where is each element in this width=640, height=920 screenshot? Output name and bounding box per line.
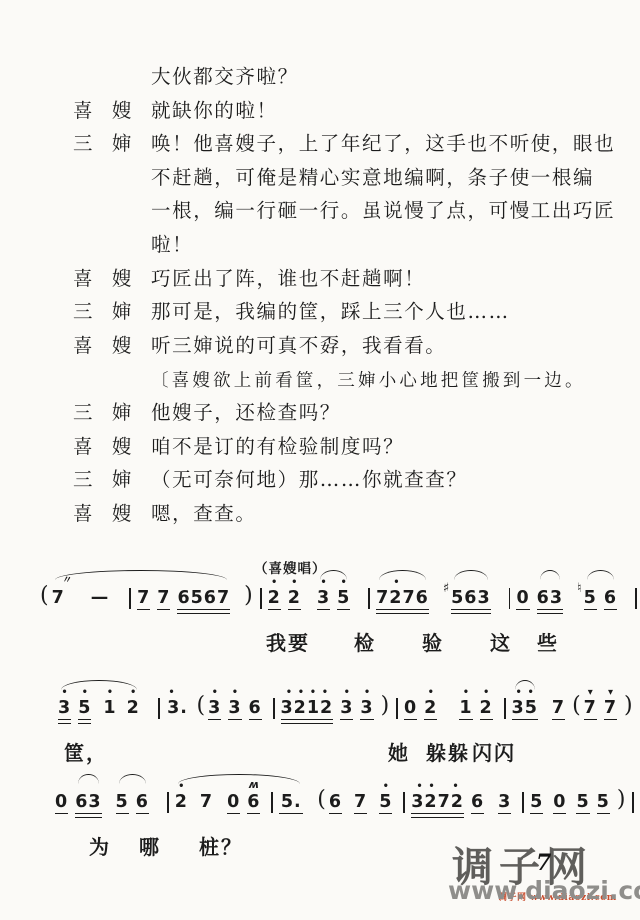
beam-underline — [459, 719, 472, 722]
beam-underline — [376, 613, 429, 616]
beam-underline — [247, 813, 260, 816]
slur-group: 563 — [451, 578, 498, 616]
accidental: ♯ — [443, 582, 449, 596]
dialogue-text: 咱不是订的有检验制度吗？ — [151, 432, 598, 462]
dialogue-text: 唤！他喜嫂子，上了年纪了，这手也不听使，眼也 — [151, 129, 615, 159]
dialogue-text: 听三婶说的可真不孬，我看看。 — [151, 331, 598, 361]
barline — [635, 588, 637, 609]
jianpu-note: •3 — [208, 688, 221, 722]
octave-dot-row — [531, 782, 543, 792]
ornament-mark: 〃 — [61, 575, 74, 587]
beam-underline — [137, 609, 150, 612]
barline — [167, 792, 169, 813]
octave-dot-row: •••• — [283, 688, 331, 698]
beam-underline — [404, 719, 417, 722]
beam-underline — [317, 609, 330, 612]
jianpu-note: 5 — [576, 782, 589, 816]
jianpu-note: •2 — [288, 578, 301, 612]
speaker-name: 喜嫂 — [73, 499, 151, 529]
barline — [273, 698, 275, 719]
slur-group: 5 6 — [584, 578, 624, 612]
barline — [504, 698, 506, 719]
dialogue-text: 他嫂子，还检查吗？ — [151, 398, 598, 428]
jianpu-note: 7 — [137, 578, 150, 616]
speaker-name: 三婶 — [73, 398, 151, 428]
lyric-syllable: 检 — [354, 627, 376, 656]
speaker-name: 喜嫂 — [73, 96, 151, 126]
dialogue-row: 三婶那可是，我编的筐，踩上三个人也…… — [73, 297, 598, 331]
beam-underline — [288, 609, 301, 612]
dialogue-text: 啦！ — [151, 230, 598, 260]
jianpu-note: •2 — [480, 688, 493, 722]
jianpu-note: •5 — [78, 688, 91, 726]
jianpu-note: 7 — [157, 578, 170, 616]
octave-dot-row — [584, 578, 596, 588]
beam-underline — [58, 719, 71, 722]
octave-dot-row: • — [378, 578, 426, 588]
dialogue-section: 大伙都交齐啦？喜嫂就缺你的啦！三婶唤！他喜嫂子，上了年纪了，这手也不听使，眼也不… — [73, 62, 598, 532]
beam-underline — [553, 813, 566, 816]
octave-dot-row: • — [425, 688, 437, 698]
jianpu-note: 6 — [136, 782, 149, 816]
jianpu-note: 0 — [55, 782, 68, 816]
octave-dot-row — [552, 688, 564, 698]
octave-dot-row: • — [79, 688, 91, 698]
octave-dot-row — [577, 782, 589, 792]
jianpu-note: • 3. — [166, 688, 190, 718]
grace-paren: ) — [244, 585, 253, 607]
jianpu-note: 6 — [249, 688, 262, 722]
watermark-site-url: www.diaozi.com — [448, 876, 640, 905]
octave-dot-row — [201, 782, 213, 792]
dialogue-row: 三婶（无可奈何地）那……你就查查？ — [73, 465, 598, 499]
dialogue-row: 三婶唤！他喜嫂子，上了年纪了，这手也不听使，眼也 — [73, 129, 598, 163]
beam-underline — [376, 609, 429, 612]
beam-underline — [157, 609, 170, 612]
barline — [368, 588, 370, 609]
jianpu-note: 6 — [329, 782, 342, 816]
jianpu-note: 6567 — [177, 578, 230, 616]
dialogue-text: 嗯，查查。 — [151, 499, 598, 529]
music-line: （喜嫂唱） (〃7 — 7 7 6567)•2•2•3•5 • 7276♯ 56… — [40, 578, 605, 664]
dialogue-text: （无可奈何地）那……你就查查？ — [151, 465, 598, 495]
beam-underline — [354, 813, 367, 816]
slur-group: • 7276 — [376, 578, 436, 616]
octave-dot-row: • — [268, 578, 280, 588]
octave-dot-row: ▾ — [604, 688, 616, 698]
slur-group: 5 6 — [116, 782, 156, 816]
beam-underline — [516, 609, 529, 612]
barline — [632, 792, 634, 813]
lyric-syllable: 筐， — [64, 737, 108, 766]
octave-dot-row — [329, 782, 341, 792]
grace-paren: ) — [381, 695, 390, 717]
dialogue-row: 喜嫂就缺你的啦！ — [73, 96, 598, 130]
page-number: 7 — [536, 850, 551, 876]
octave-dot-row — [517, 578, 529, 588]
jianpu-note: ▾7 — [584, 688, 597, 722]
octave-dot-row: • — [361, 688, 373, 698]
beam-underline — [55, 813, 68, 816]
jianpu-note: •3 — [360, 688, 373, 722]
beam-underline — [537, 609, 563, 612]
octave-dot-row: • — [104, 688, 116, 698]
octave-dot-row: • — [166, 688, 190, 698]
beam-underline — [227, 813, 240, 816]
jianpu-note: •2 — [127, 688, 140, 726]
beam-underline — [58, 723, 71, 726]
lyric-syllable: 她 — [388, 737, 410, 766]
beam-underline — [78, 719, 91, 722]
slur-group: 〃7 — 7 7 6567 — [52, 578, 238, 616]
beam-underline — [451, 609, 491, 612]
speaker-name: 三婶 — [73, 129, 151, 159]
jianpu-note: •5 — [337, 578, 350, 612]
beam-underline — [512, 719, 538, 722]
octave-dot-row — [158, 578, 170, 588]
octave-dot-row: • — [209, 688, 221, 698]
jianpu-note: 5 — [116, 782, 129, 816]
octave-dot-row — [355, 782, 367, 792]
octave-dot-row — [136, 782, 148, 792]
beam-underline — [424, 719, 437, 722]
beam-underline — [576, 813, 589, 816]
jianpu-note: •3 — [58, 688, 71, 726]
jianpu-note: 63 — [75, 782, 101, 820]
jianpu-note: •2 — [175, 782, 188, 816]
grace-paren: ) — [624, 695, 633, 717]
octave-dot-row: 〃 — [52, 578, 64, 588]
notes-row: 0 63 5 6•2 7 0ʍ6 5.( 6 7•5•• •3272 6 3 5… — [55, 782, 620, 820]
jianpu-note: 0 — [516, 578, 529, 612]
jianpu-note: •2 — [268, 578, 281, 612]
octave-dot-row: • — [229, 688, 241, 698]
jianpu-note: 63 — [537, 578, 563, 616]
jianpu-note: •3 — [228, 688, 241, 722]
speaker-name: 喜嫂 — [73, 264, 151, 294]
octave-dot-row — [116, 782, 128, 792]
jianpu-note: 7 — [200, 782, 213, 816]
lyric-syllable: 验 — [422, 627, 444, 656]
ornament-mark: ▾ — [604, 688, 616, 698]
beam-underline — [136, 813, 149, 816]
lyric-syllable: 闪闪 — [472, 737, 516, 766]
octave-dot-row — [554, 782, 566, 792]
dialogue-row: 〔喜嫂欲上前看筐，三婶小心地把筐搬到一边。 — [73, 364, 598, 398]
beam-underline — [208, 719, 221, 722]
beam-underline — [177, 613, 230, 616]
jianpu-note: 5 — [597, 782, 610, 816]
notes-row: •3•5•1•2• 3.(•3•3 6••••3212•3•3) 0•2•1•2… — [58, 688, 623, 726]
barline — [396, 698, 398, 719]
ornament-mark: ʍ — [248, 780, 260, 790]
beam-underline — [411, 813, 464, 816]
barline — [271, 792, 273, 813]
grace-paren: ( — [197, 695, 206, 717]
dialogue-row: 喜嫂咱不是订的有检验制度吗？ — [73, 432, 598, 466]
jianpu-note: ▾7 — [604, 688, 617, 722]
lyric-syllable: 躲躲 — [426, 737, 470, 766]
slur-group: •3•5•1•2 — [58, 688, 147, 726]
scanned-script-page: 大伙都交齐啦？喜嫂就缺你的啦！三婶唤！他喜嫂子，上了年纪了，这手也不听使，眼也不… — [0, 0, 640, 920]
jianpu-note: ••••3212 — [281, 688, 334, 726]
jianpu-note: • 7276 — [376, 578, 429, 616]
octave-dot-row: • — [460, 688, 472, 698]
dialogue-row: 啦！ — [73, 230, 598, 264]
jianpu-note: •1 — [103, 688, 116, 726]
ornament-mark: ▾ — [584, 688, 596, 698]
beam-underline — [498, 813, 511, 816]
dialogue-row: 喜嫂巧匠出了阵，谁也不赶趟啊！ — [73, 264, 598, 298]
speaker-name: 喜嫂 — [73, 432, 151, 462]
notes-row: (〃7 — 7 7 6567)•2•2•3•5 • 7276♯ 563 0 63… — [40, 578, 605, 616]
octave-dot-row — [94, 578, 106, 588]
jianpu-note: 6 — [604, 578, 617, 612]
beam-underline — [584, 719, 597, 722]
dialogue-row: 三婶他嫂子，还检查吗？ — [73, 398, 598, 432]
dialogue-text: 巧匠出了阵，谁也不赶趟啊！ — [151, 264, 598, 294]
barline — [403, 792, 405, 813]
jianpu-note: •1 — [459, 688, 472, 722]
jianpu-note: 563 — [451, 578, 491, 616]
grace-paren: ( — [317, 789, 326, 811]
octave-dot-row — [453, 578, 489, 588]
jianpu-note: ʍ6 — [247, 782, 260, 816]
jianpu-note: 5 — [530, 782, 543, 816]
octave-dot-row: • — [341, 688, 353, 698]
jianpu-note: ••35 — [512, 688, 538, 722]
jianpu-note: 0 — [404, 688, 417, 722]
beam-underline — [451, 613, 491, 616]
octave-dot-row: ʍ — [248, 782, 260, 792]
jianpu-note: 5 — [584, 578, 597, 612]
beam-underline — [177, 609, 230, 612]
beam-underline — [337, 609, 350, 612]
beam-underline — [480, 719, 493, 722]
jianpu-note: •2 — [424, 688, 437, 722]
beam-underline — [597, 813, 610, 816]
octave-dot-row: • — [318, 578, 330, 588]
speaker-name: 三婶 — [73, 465, 151, 495]
octave-dot-row — [538, 578, 562, 588]
dialogue-text: 就缺你的啦！ — [151, 96, 598, 126]
lyric-syllable: 这 — [490, 627, 512, 656]
beam-underline — [379, 813, 392, 816]
octave-dot-row: • — [59, 688, 71, 698]
jianpu-note: 0 — [227, 782, 240, 816]
beam-underline — [116, 813, 129, 816]
grace-paren: ) — [617, 789, 626, 811]
octave-dot-row — [472, 782, 484, 792]
beam-underline — [604, 719, 617, 722]
dialogue-row: 一根，编一行砸一行。虽说慢了点，可慢工出巧匠 — [73, 196, 598, 230]
beam-underline — [530, 813, 543, 816]
octave-dot-row — [180, 578, 228, 588]
slur-group: 63 — [75, 782, 108, 820]
beam-underline — [249, 719, 262, 722]
jianpu-note: 3 — [498, 782, 511, 816]
beam-underline — [78, 723, 91, 726]
lyric-syllable: 哪 — [139, 831, 161, 860]
octave-dot-row: • — [338, 578, 350, 588]
octave-dot-row: •• • — [414, 782, 462, 792]
octave-dot-row: • — [175, 782, 187, 792]
jianpu-note: 〃7 — [52, 578, 65, 616]
speaker-name: 三婶 — [73, 297, 151, 327]
beam-underline — [268, 609, 281, 612]
dialogue-text: 那可是，我编的筐，踩上三个人也…… — [151, 297, 598, 327]
dialogue-text: 一根，编一行砸一行。虽说慢了点，可慢工出巧匠 — [151, 196, 615, 226]
jianpu-note: •3 — [317, 578, 330, 612]
lyric-syllable: 我要 — [266, 627, 310, 656]
beam-underline — [537, 613, 563, 616]
octave-dot-row: • — [480, 688, 492, 698]
octave-dot-row: •• — [513, 688, 537, 698]
beam-underline — [411, 817, 464, 820]
grace-paren: ( — [572, 695, 581, 717]
barline — [509, 588, 511, 609]
octave-dot-row — [56, 782, 68, 792]
octave-dot-row: • — [288, 578, 300, 588]
beam-underline — [75, 817, 101, 820]
jianpu-note: 7 — [354, 782, 367, 816]
barline — [260, 588, 262, 609]
jianpu-note: 6 — [471, 782, 484, 816]
accidental: ♮ — [577, 582, 582, 596]
dialogue-row: 喜嫂嗯，查查。 — [73, 499, 598, 533]
octave-dot-row: • — [127, 688, 139, 698]
barline — [158, 698, 160, 719]
octave-dot-row — [249, 688, 261, 698]
jianpu-note: •• •3272 — [411, 782, 464, 820]
octave-dot-row: ▾ — [584, 688, 596, 698]
jianpu-note: 5. — [279, 782, 303, 816]
stage-direction: 〔喜嫂欲上前看筐，三婶小心地把筐搬到一边。 — [151, 364, 598, 396]
jianpu-note: 0 — [553, 782, 566, 816]
dialogue-row: 大伙都交齐啦？ — [73, 62, 598, 96]
beam-underline — [471, 813, 484, 816]
barline — [522, 792, 524, 813]
beam-underline — [75, 813, 101, 816]
barline — [129, 588, 131, 609]
jianpu-note: •3 — [340, 688, 353, 722]
dialogue-row: 不赶趟，可俺是精心实意地编啊，条子使一根编 — [73, 163, 598, 197]
octave-dot-row — [228, 782, 240, 792]
beam-underline — [552, 719, 565, 722]
octave-dot-row — [138, 578, 150, 588]
dialogue-text: 不赶趟，可俺是精心实意地编啊，条子使一根编 — [151, 163, 598, 193]
jianpu-note: — — [91, 578, 110, 616]
beam-underline — [360, 719, 373, 722]
octave-dot-row — [597, 782, 609, 792]
beam-underline — [281, 719, 334, 722]
slur-group: •2 7 0ʍ6 5. — [175, 782, 311, 816]
beam-underline — [281, 723, 334, 726]
jianpu-note: 7 — [552, 688, 565, 722]
slur-group: •3•5 — [317, 578, 357, 612]
music-line: •3•5•1•2• 3.(•3•3 6••••3212•3•3) 0•2•1•2… — [58, 688, 623, 774]
beam-underline — [604, 609, 617, 612]
lyric-syllable: 桩？ — [199, 831, 243, 860]
octave-dot-row: • — [380, 782, 392, 792]
slur-group: ••35 — [512, 688, 545, 722]
octave-dot-row — [279, 782, 303, 792]
beam-underline — [279, 813, 303, 816]
beam-underline — [340, 719, 353, 722]
dialogue-row: 喜嫂听三婶说的可真不孬，我看看。 — [73, 331, 598, 365]
beam-underline — [329, 813, 342, 816]
octave-dot-row — [405, 688, 417, 698]
octave-dot-row — [499, 782, 511, 792]
lyric-syllable: 为 — [89, 831, 111, 860]
jianpu-note: •5 — [379, 782, 392, 816]
slur-group: 63 — [537, 578, 570, 616]
grace-paren: ( — [40, 585, 49, 607]
beam-underline — [228, 719, 241, 722]
lyric-syllable: 些 — [537, 627, 559, 656]
singer-label: （喜嫂唱） — [254, 557, 327, 577]
octave-dot-row — [76, 782, 100, 792]
octave-dot-row — [604, 578, 616, 588]
beam-underline — [584, 609, 597, 612]
speaker-name: 喜嫂 — [73, 331, 151, 361]
dialogue-text: 大伙都交齐啦？ — [151, 62, 598, 92]
